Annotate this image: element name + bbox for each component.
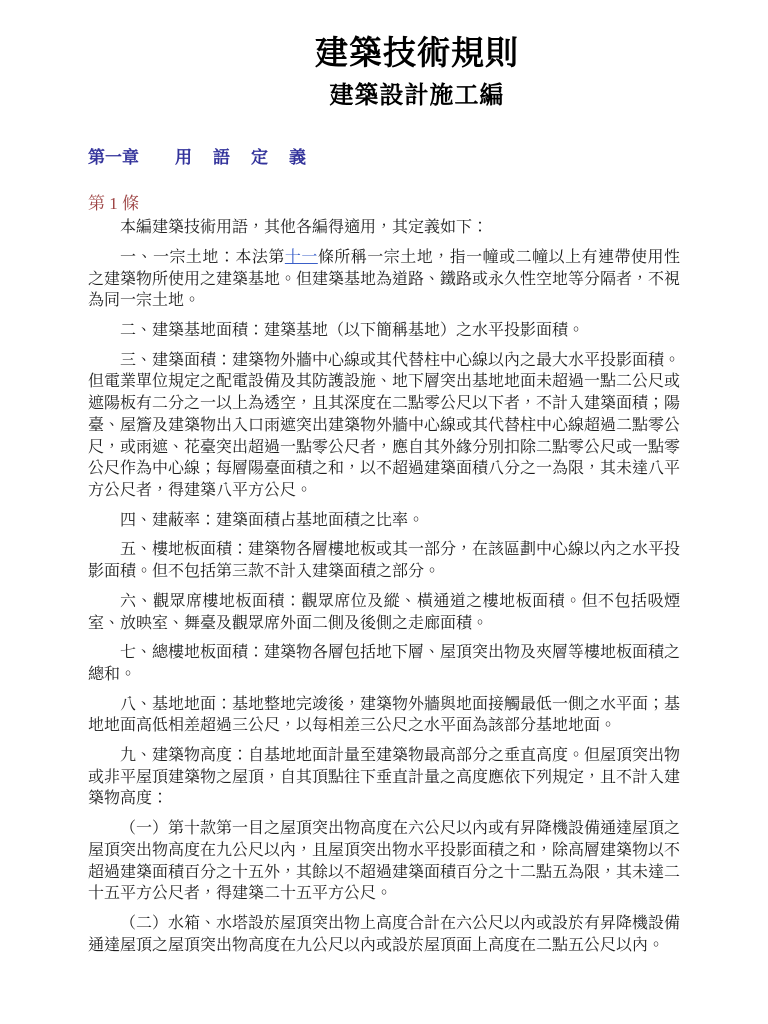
document-page: 建築技術規則 建築設計施工編 第一章 用 語 定 義 第 1 條 本編建築技術用…: [0, 0, 768, 1024]
paragraph: 七、總樓地板面積：建築物各層包括地下層、屋頂突出物及夾層等樓地板面積之總和。: [88, 642, 680, 685]
document-subtitle: 建築設計施工編: [121, 81, 713, 111]
chapter-number: 第一章: [88, 143, 139, 168]
article-number: 第 1 條: [88, 189, 680, 214]
paragraph: 二、建築基地面積：建築基地（以下簡稱基地）之水平投影面積。: [88, 320, 680, 342]
page-content: 建築技術規則 建築設計施工編 第一章 用 語 定 義 第 1 條 本編建築技術用…: [88, 34, 680, 964]
article-body: 本編建築技術用語，其他各編得適用，其定義如下：一、一宗土地：本法第十一條所稱一宗…: [88, 217, 680, 956]
paragraph-text: 五、樓地板面積：建築物各層樓地板或其一部分，在該區劃中心線以內之水平投影面積。但…: [88, 541, 680, 580]
paragraph: （一）第十款第一目之屋頂突出物高度在六公尺以內或有昇降機設備通達屋頂之屋頂突出物…: [88, 818, 680, 905]
paragraph: 三、建築面積：建築物外牆中心線或其代替柱中心線以內之最大水平投影面積。但電業單位…: [88, 350, 680, 502]
paragraph: 六、觀眾席樓地板面積：觀眾席位及縱、橫通道之樓地板面積。但不包括吸煙室、放映室、…: [88, 591, 680, 634]
statute-link[interactable]: 十一: [285, 249, 318, 266]
paragraph: 八、基地地面：基地整地完竣後，建築物外牆與地面接觸最低一側之水平面；基地地面高低…: [88, 694, 680, 737]
paragraph: （二）水箱、水塔設於屋頂突出物上高度合計在六公尺以內或設於有昇降機設備通達屋頂之…: [88, 913, 680, 956]
chapter-name: 用 語 定 義: [175, 143, 308, 168]
chapter-heading: 第一章 用 語 定 義: [88, 143, 680, 168]
paragraph-text: 三、建築面積：建築物外牆中心線或其代替柱中心線以內之最大水平投影面積。但電業單位…: [88, 352, 680, 499]
paragraph-text: （一）第十款第一目之屋頂突出物高度在六公尺以內或有昇降機設備通達屋頂之屋頂突出物…: [88, 820, 680, 902]
paragraph-text: 四、建蔽率：建築面積占基地面積之比率。: [120, 512, 424, 529]
document-title: 建築技術規則: [121, 34, 713, 75]
paragraph-text: 七、總樓地板面積：建築物各層包括地下層、屋頂突出物及夾層等樓地板面積之總和。: [88, 644, 680, 683]
paragraph: 一、一宗土地：本法第十一條所稱一宗土地，指一幢或二幢以上有連帶使用性之建築物所使…: [88, 247, 680, 312]
paragraph-text: 二、建築基地面積：建築基地（以下簡稱基地）之水平投影面積。: [120, 322, 584, 339]
paragraph: 五、樓地板面積：建築物各層樓地板或其一部分，在該區劃中心線以內之水平投影面積。但…: [88, 539, 680, 582]
paragraph-text: 本編建築技術用語，其他各編得適用，其定義如下：: [120, 219, 488, 236]
paragraph-text: 八、基地地面：基地整地完竣後，建築物外牆與地面接觸最低一側之水平面；基地地面高低…: [88, 696, 680, 735]
paragraph: 九、建築物高度：自基地地面計量至建築物最高部分之垂直高度。但屋頂突出物或非平屋頂…: [88, 745, 680, 810]
paragraph-text: 九、建築物高度：自基地地面計量至建築物最高部分之垂直高度。但屋頂突出物或非平屋頂…: [88, 747, 680, 807]
paragraph-text: 一、一宗土地：本法第: [120, 249, 285, 266]
paragraph: 本編建築技術用語，其他各編得適用，其定義如下：: [88, 217, 680, 239]
paragraph-text: 六、觀眾席樓地板面積：觀眾席位及縱、橫通道之樓地板面積。但不包括吸煙室、放映室、…: [88, 593, 680, 632]
paragraph-text: （二）水箱、水塔設於屋頂突出物上高度合計在六公尺以內或設於有昇降機設備通達屋頂之…: [88, 915, 680, 954]
paragraph: 四、建蔽率：建築面積占基地面積之比率。: [88, 510, 680, 532]
